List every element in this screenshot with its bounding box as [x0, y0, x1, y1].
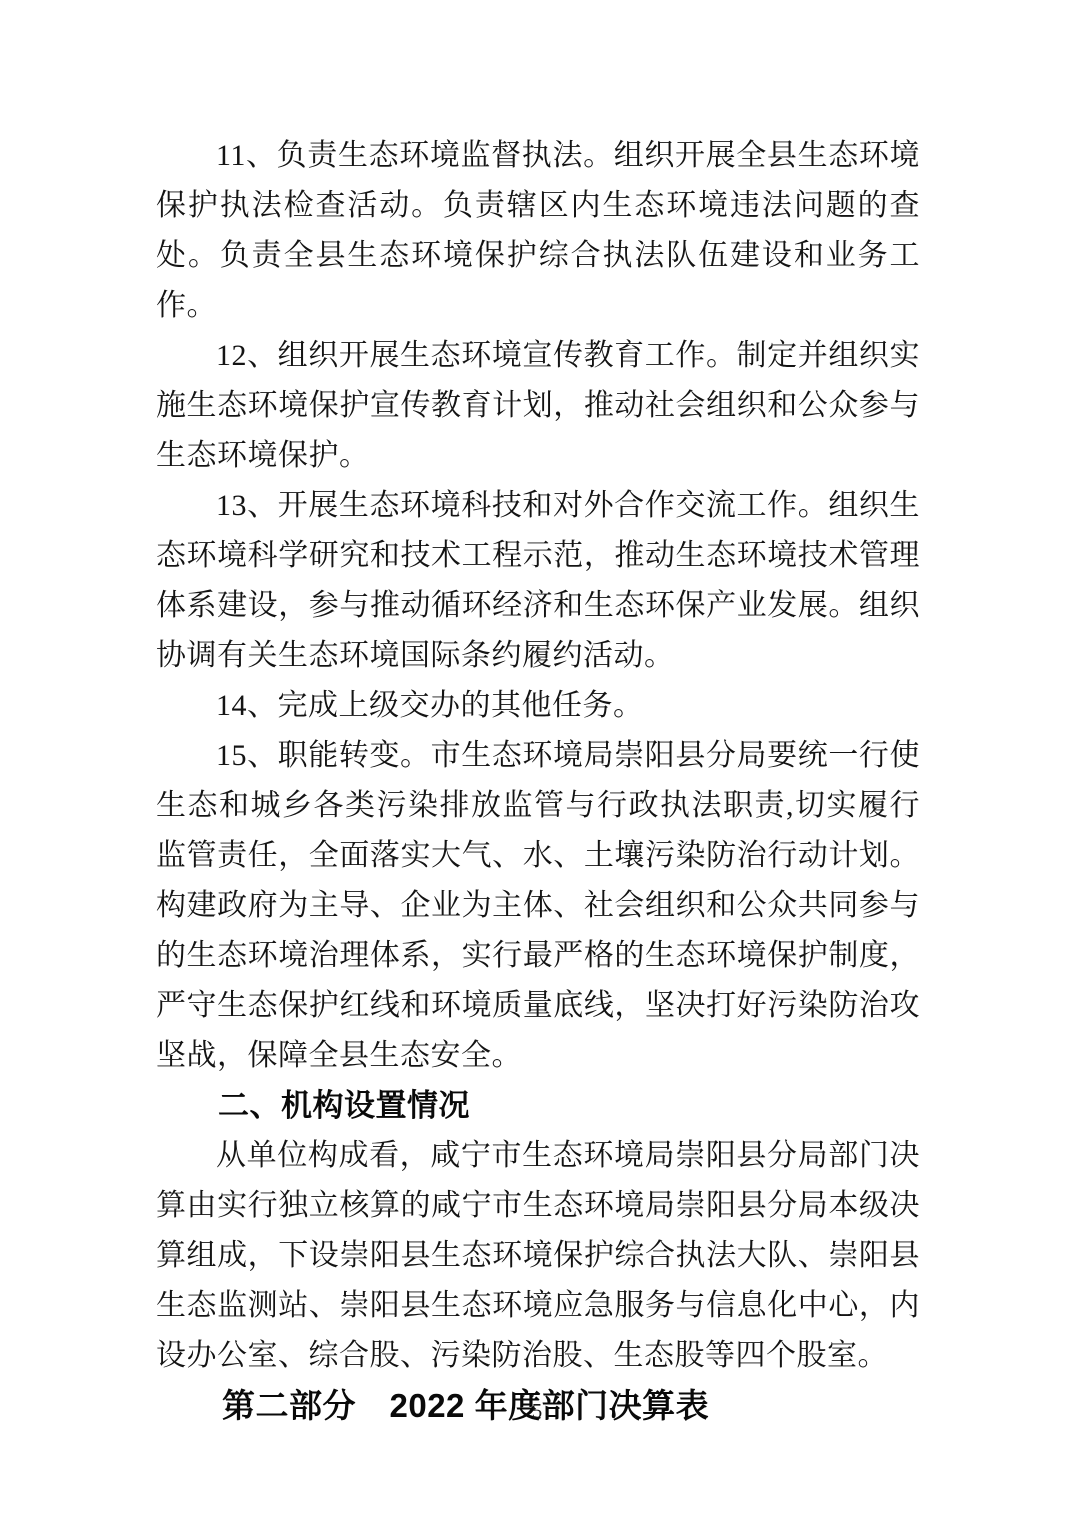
paragraph-duty-14: 14、完成上级交办的其他任务。: [156, 681, 920, 731]
paragraph-organization-composition: 从单位构成看，咸宁市生态环境局崇阳县分局部门决算由实行独立核算的咸宁市生态环境局…: [156, 1131, 920, 1381]
heading-section-organization: 二、机构设置情况: [156, 1081, 920, 1131]
document-body: 11、负责生态环境监督执法。组织开展全县生态环境保护执法检查活动。负责辖区内生态…: [156, 131, 920, 1431]
paragraph-duty-15: 15、职能转变。市生态环境局崇阳县分局要统一行使生态和城乡各类污染排放监管与行政…: [156, 731, 920, 1081]
page-number: 5: [0, 1398, 1074, 1424]
paragraph-duty-13: 13、开展生态环境科技和对外合作交流工作。组织生态环境科学研究和技术工程示范，推…: [156, 481, 920, 681]
document-page: 11、负责生态环境监督执法。组织开展全县生态环境保护执法检查活动。负责辖区内生态…: [0, 0, 1074, 1520]
paragraph-duty-12: 12、组织开展生态环境宣传教育工作。制定并组织实施生态环境保护宣传教育计划，推动…: [156, 331, 920, 481]
paragraph-duty-11: 11、负责生态环境监督执法。组织开展全县生态环境保护执法检查活动。负责辖区内生态…: [156, 131, 920, 331]
